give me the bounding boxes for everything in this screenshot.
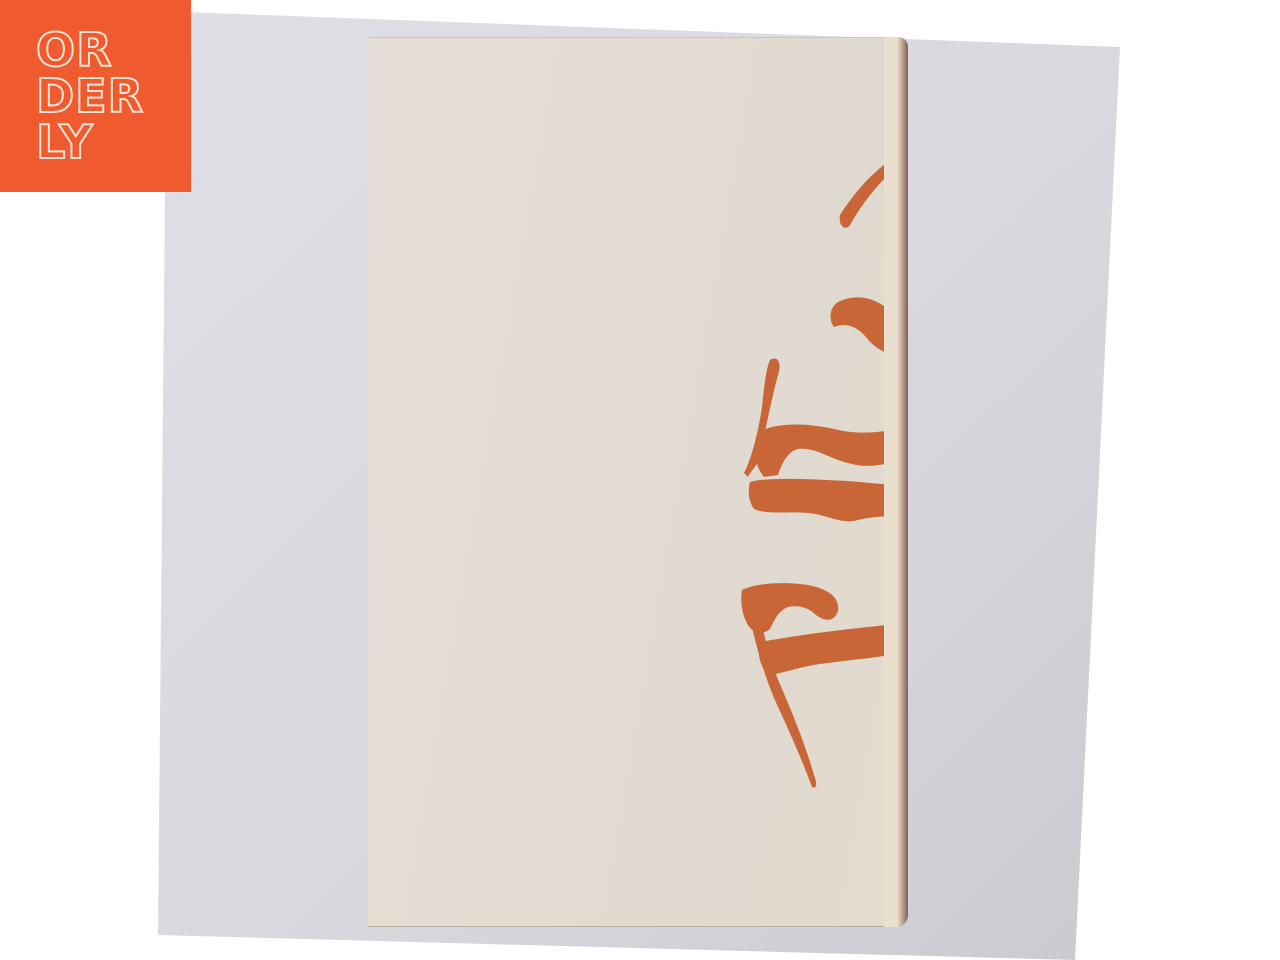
brush-lettering-artwork (368, 37, 908, 927)
logo-line-3: LY (36, 119, 191, 165)
logo-line-1: OR (36, 27, 191, 73)
logo-line-2: DER (36, 73, 191, 119)
book-spine-edge (884, 37, 908, 927)
orderly-logo: OR DER LY (0, 0, 191, 192)
book-back-cover (368, 37, 908, 927)
